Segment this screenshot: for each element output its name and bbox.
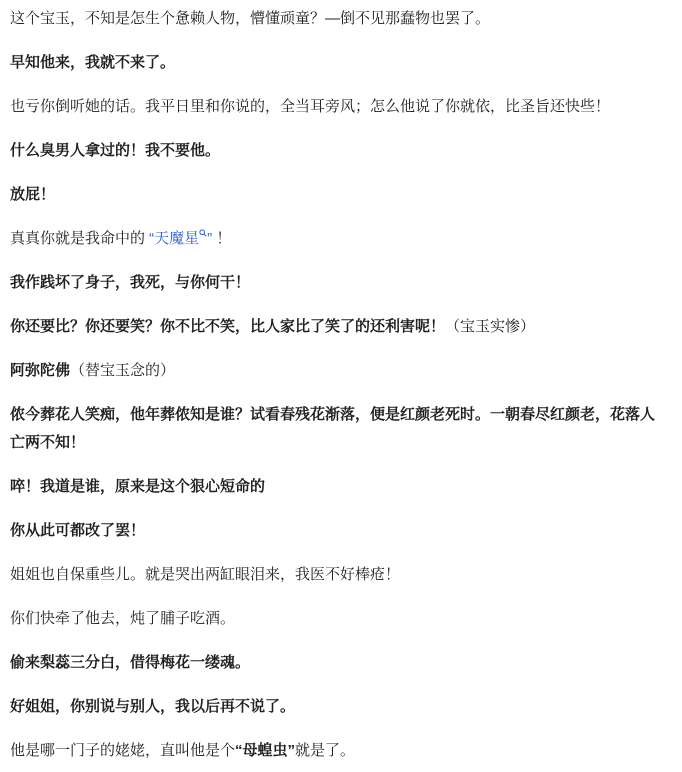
paragraph: 我作践坏了身子，我死，与你何干！ xyxy=(10,269,658,297)
text-segment: 阿弥陀佛 xyxy=(10,362,70,379)
text-segment: 侬今葬花人笑痴，他年葬侬知是谁？试看春残花渐落，便是红颜老死时。一朝春尽红颜老，… xyxy=(10,406,655,451)
text-segment: 真真你就是我命中的 xyxy=(10,230,149,247)
text-segment: 偷来梨蕊三分白，借得梅花一缕魂。 xyxy=(10,654,250,671)
text-segment: 你从此可都改了罢！ xyxy=(10,522,145,539)
paragraph: 侬今葬花人笑痴，他年葬侬知是谁？试看春残花渐落，便是红颜老死时。一朝春尽红颜老，… xyxy=(10,401,658,457)
text-segment: 姐姐也自保重些儿。就是哭出两缸眼泪来，我医不好棒疮！ xyxy=(10,566,400,583)
entity-link-text: “天魔星 xyxy=(149,230,199,247)
text-segment: “母蝗虫” xyxy=(235,742,295,759)
text-segment: 也亏你倒听她的话。我平日里和你说的，全当耳旁风；怎么他说了你就依，比圣旨还快些！ xyxy=(10,98,610,115)
paragraph: 他是哪一门子的姥姥，直叫他是个“母蝗虫”就是了。 xyxy=(10,737,658,765)
text-segment: 就是了。 xyxy=(295,742,355,759)
text-segment: 好姐姐，你别说与别人，我以后再不说了。 xyxy=(10,698,295,715)
paragraph: 真真你就是我命中的 “天魔星” ！ xyxy=(10,225,658,253)
paragraph: 姐姐也自保重些儿。就是哭出两缸眼泪来，我医不好棒疮！ xyxy=(10,561,658,589)
paragraph: 你从此可都改了罢！ xyxy=(10,517,658,545)
paragraph: 也亏你倒听她的话。我平日里和你说的，全当耳旁风；怎么他说了你就依，比圣旨还快些！ xyxy=(10,93,658,121)
text-segment: 放屁！ xyxy=(10,186,55,203)
text-segment: 早知他来，我就不来了。 xyxy=(10,54,175,71)
text-segment: （宝玉实惨） xyxy=(445,318,535,335)
paragraph: 啐！我道是谁，原来是这个狠心短命的 xyxy=(10,473,658,501)
article-body: 这个宝玉，不知是怎生个惫赖人物，懵懂顽童？—倒不见那蠢物也罢了。早知他来，我就不… xyxy=(0,0,682,765)
paragraph: 这个宝玉，不知是怎生个惫赖人物，懵懂顽童？—倒不见那蠢物也罢了。 xyxy=(10,5,658,33)
paragraph: 你们快牵了他去，炖了脯子吃酒。 xyxy=(10,605,658,633)
text-segment: （替宝玉念的） xyxy=(70,362,175,379)
text-segment: 你还要比？你还要笑？你不比不笑，比人家比了笑了的还利害呢！ xyxy=(10,318,445,335)
text-segment: 他是哪一门子的姥姥，直叫他是个 xyxy=(10,742,235,759)
paragraph: 阿弥陀佛（替宝玉念的） xyxy=(10,357,658,385)
entity-link[interactable]: “天魔星” xyxy=(149,230,212,247)
paragraph: 好姐姐，你别说与别人，我以后再不说了。 xyxy=(10,693,658,721)
paragraph: 早知他来，我就不来了。 xyxy=(10,49,658,77)
paragraph: 你还要比？你还要笑？你不比不笑，比人家比了笑了的还利害呢！（宝玉实惨） xyxy=(10,313,658,341)
text-segment: ！ xyxy=(212,230,231,247)
text-segment: 你们快牵了他去，炖了脯子吃酒。 xyxy=(10,610,235,627)
paragraph: 偷来梨蕊三分白，借得梅花一缕魂。 xyxy=(10,649,658,677)
text-segment: 这个宝玉，不知是怎生个惫赖人物，懵懂顽童？—倒不见那蠢物也罢了。 xyxy=(10,10,490,27)
text-segment: 啐！我道是谁，原来是这个狠心短命的 xyxy=(10,478,265,495)
paragraph: 放屁！ xyxy=(10,181,658,209)
baike-search-icon xyxy=(199,229,207,239)
paragraph: 什么臭男人拿过的！我不要他。 xyxy=(10,137,658,165)
text-segment: 我作践坏了身子，我死，与你何干！ xyxy=(10,274,250,291)
text-segment: 什么臭男人拿过的！我不要他。 xyxy=(10,142,220,159)
